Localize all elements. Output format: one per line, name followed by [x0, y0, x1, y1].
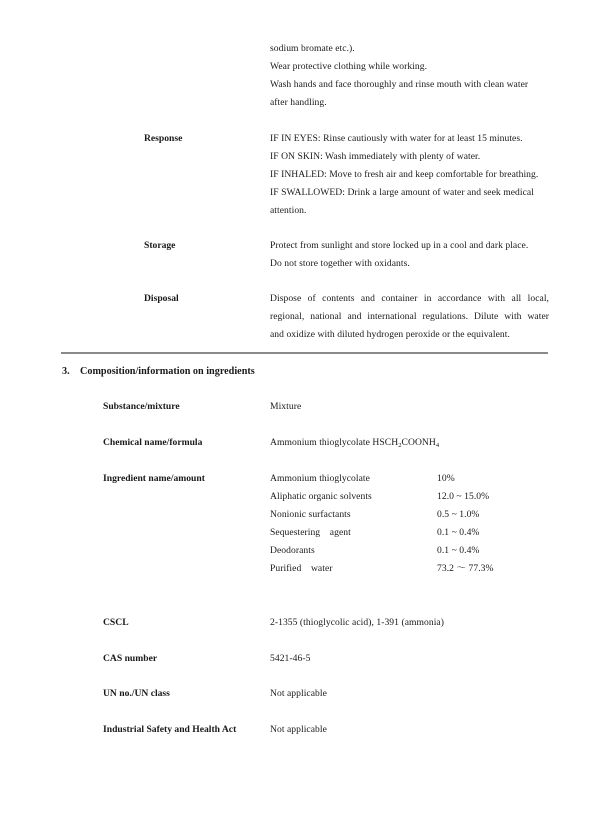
section-number: 3. [62, 366, 70, 378]
disposal-line: and oxidize with diluted hydrogen peroxi… [270, 329, 510, 341]
response-line: attention. [270, 205, 306, 217]
disposal-label: Disposal [144, 293, 179, 305]
disposal-line: regional, national and international reg… [270, 311, 549, 323]
chemical-name: Ammonium thioglycolate [270, 437, 370, 448]
prevention-line: sodium bromate etc.). [270, 43, 355, 55]
chemical-formula: HSCH2COONH4 [372, 437, 439, 448]
section-title: Composition/information on ingredients [80, 366, 255, 378]
response-label: Response [144, 133, 182, 145]
ingredient-amount: 0.1 ~ 0.4% [437, 545, 479, 557]
ingredients-label: Ingredient name/amount [103, 473, 205, 485]
ingredient-amount: 0.5 ~ 1.0% [437, 509, 479, 521]
ingredient-name: Purified water [270, 563, 333, 575]
prevention-line: Wear protective clothing while working. [270, 61, 427, 73]
ingredient-name: Sequestering agent [270, 527, 351, 539]
cscl-label: CSCL [103, 617, 129, 629]
response-line: IF SWALLOWED: Drink a large amount of wa… [270, 187, 534, 199]
response-line: IF INHALED: Move to fresh air and keep c… [270, 169, 538, 181]
response-line: IF IN EYES: Rinse cautiously with water … [270, 133, 523, 145]
un-label: UN no./UN class [103, 688, 170, 700]
storage-line: Protect from sunlight and store locked u… [270, 240, 528, 252]
substance-value: Mixture [270, 401, 301, 413]
substance-label: Substance/mixture [103, 401, 180, 413]
ingredient-amount: 10% [437, 473, 455, 485]
un-value: Not applicable [270, 688, 327, 700]
ingredient-amount: 0.1 ~ 0.4% [437, 527, 479, 539]
cas-label: CAS number [103, 653, 157, 665]
chemical-label: Chemical name/formula [103, 437, 202, 449]
ingredient-amount: 12.0 ~ 15.0% [437, 491, 489, 503]
cas-value: 5421-46-5 [270, 653, 310, 665]
chemical-value: Ammonium thioglycolate HSCH2COONH4 [270, 437, 439, 449]
storage-label: Storage [144, 240, 175, 252]
prevention-line: Wash hands and face thoroughly and rinse… [270, 79, 528, 91]
isha-label: Industrial Safety and Health Act [103, 724, 236, 736]
prevention-line: after handling. [270, 97, 327, 109]
cscl-value: 2-1355 (thioglycolic acid), 1-391 (ammon… [270, 617, 444, 629]
ingredient-name: Ammonium thioglycolate [270, 473, 370, 485]
ingredient-name: Nonionic surfactants [270, 509, 351, 521]
response-line: IF ON SKIN: Wash immediately with plenty… [270, 151, 480, 163]
section-divider [61, 352, 548, 354]
ingredient-name: Aliphatic organic solvents [270, 491, 372, 503]
isha-value: Not applicable [270, 724, 327, 736]
ingredient-amount: 73.2 ～ 77.3% [437, 563, 494, 575]
disposal-line: Dispose of contents and container in acc… [270, 293, 549, 305]
ingredient-name: Deodorants [270, 545, 315, 557]
storage-line: Do not store together with oxidants. [270, 258, 410, 270]
